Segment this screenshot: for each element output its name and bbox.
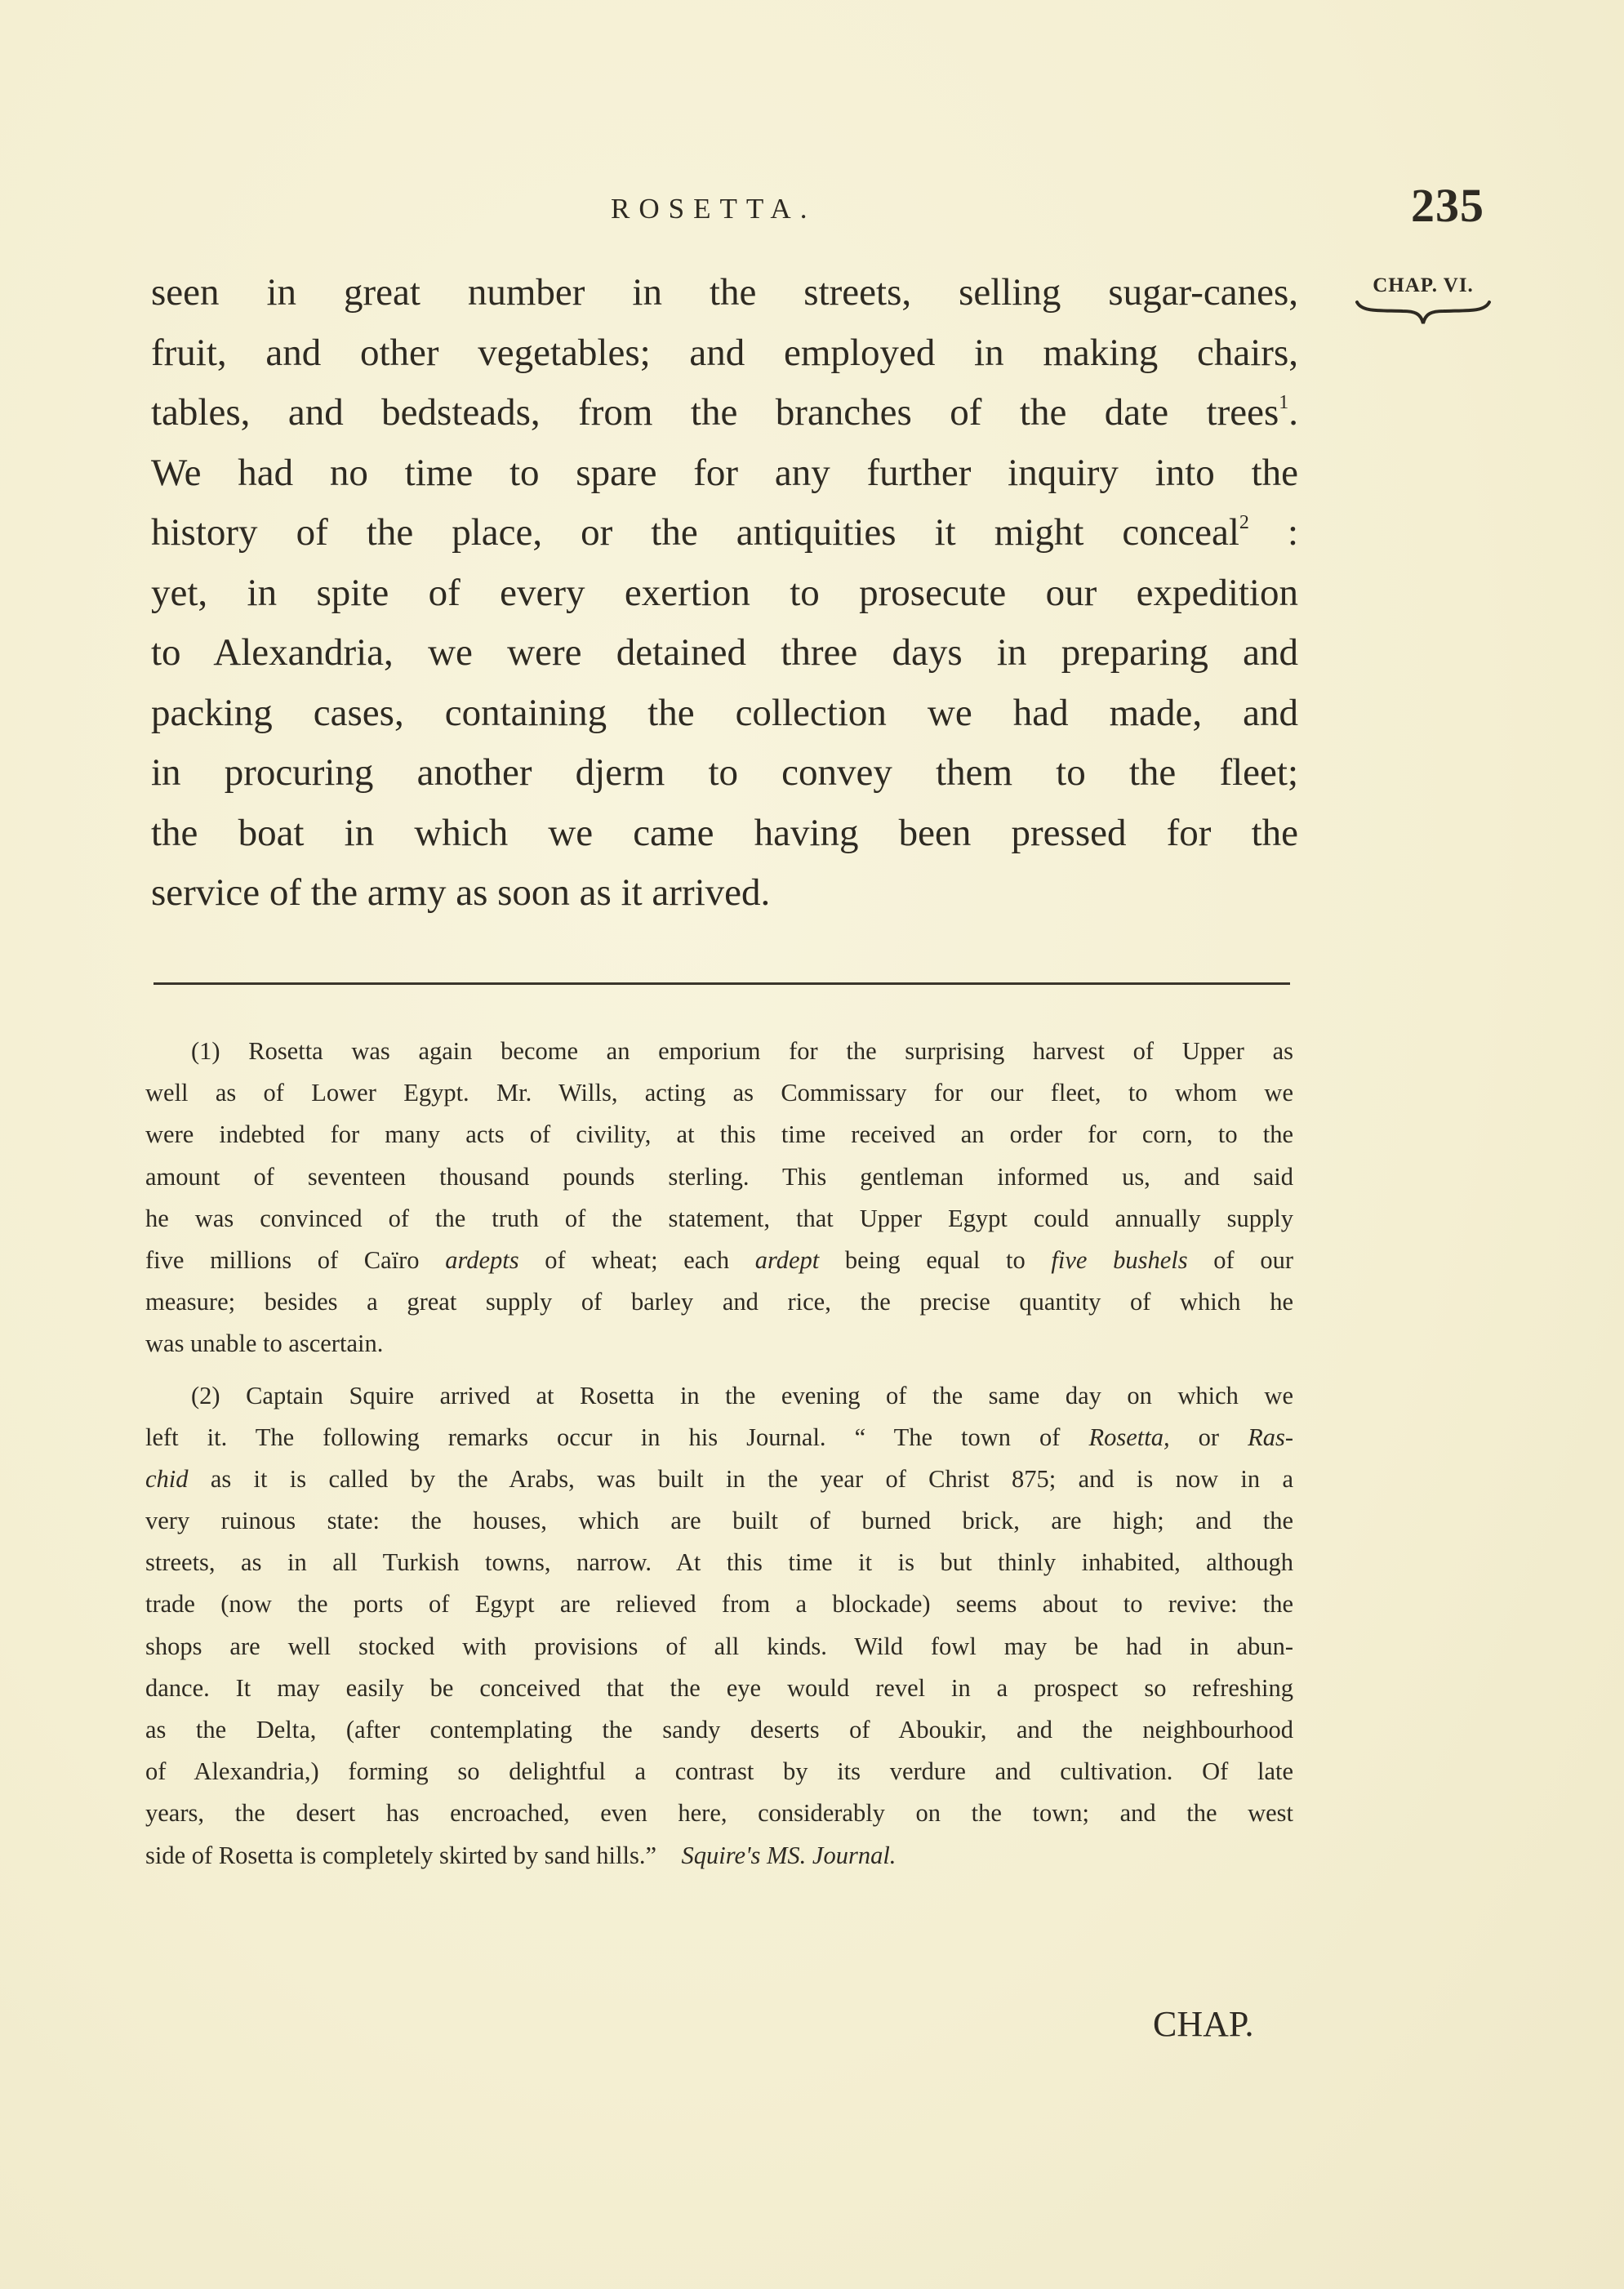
running-title: ROSETTA. xyxy=(611,193,816,225)
body-line: the boat in which we came having been pr… xyxy=(151,804,1298,864)
body-line: seen in great number in the streets, sel… xyxy=(151,263,1298,323)
body-line: tables, and bedsteads, from the branches… xyxy=(151,383,1298,443)
footnote-line: chid as it is called by the Arabs, was b… xyxy=(145,1458,1293,1500)
footnote-line: was unable to ascertain. xyxy=(145,1323,1293,1365)
chapter-margin-note: CHAP. VI. xyxy=(1354,274,1493,327)
footnote-line: (1) Rosetta was again become an emporium… xyxy=(145,1031,1293,1072)
footnote-line: dance. It may easily be conceived that t… xyxy=(145,1668,1293,1709)
chapter-label: CHAP. VI. xyxy=(1354,274,1493,297)
footnote-line: well as of Lower Egypt. Mr. Wills, actin… xyxy=(145,1072,1293,1114)
body-line: We had no time to spare for any further … xyxy=(151,443,1298,504)
footnote-line: amount of seventeen thousand pounds ster… xyxy=(145,1156,1293,1198)
footnote-line: were indebted for many acts of civility,… xyxy=(145,1114,1293,1156)
footnote-line: (2) Captain Squire arrived at Rosetta in… xyxy=(145,1375,1293,1417)
citation: Squire's MS. Journal. xyxy=(682,1841,897,1869)
footnote-line: measure; besides a great supply of barle… xyxy=(145,1281,1293,1323)
footnote-line: shops are well stocked with provisions o… xyxy=(145,1626,1293,1668)
footnote-line: left it. The following remarks occur in … xyxy=(145,1417,1293,1458)
footnote-line: he was convinced of the truth of the sta… xyxy=(145,1198,1293,1240)
body-line: to Alexandria, we were detained three da… xyxy=(151,623,1298,684)
body-line: yet, in spite of every exertion to prose… xyxy=(151,563,1298,624)
footnote-line: side of Rosetta is completely skirted by… xyxy=(145,1835,1293,1877)
footnote-ref-1[interactable]: 1 xyxy=(1279,392,1288,413)
footnote-line: of Alexandria,) forming so delightful a … xyxy=(145,1751,1293,1792)
footnote-line: very ruinous state: the houses, which ar… xyxy=(145,1500,1293,1542)
body-line: fruit, and other vegetables; and employe… xyxy=(151,323,1298,384)
body-line: service of the army as soon as it arrive… xyxy=(151,863,1298,924)
footnote-line: trade (now the ports of Egypt are reliev… xyxy=(145,1583,1293,1625)
footnote-1: (1) Rosetta was again become an emporium… xyxy=(145,1031,1293,1365)
footnote-line: five millions of Caïro ardepts of wheat;… xyxy=(145,1240,1293,1281)
body-text: seen in great number in the streets, sel… xyxy=(151,263,1298,924)
footnote-line: streets, as in all Turkish towns, narrow… xyxy=(145,1542,1293,1583)
brace-icon xyxy=(1354,299,1493,327)
catchword: CHAP. xyxy=(1153,2003,1254,2045)
footnote-divider xyxy=(154,982,1290,985)
footnotes: (1) Rosetta was again become an emporium… xyxy=(145,1031,1293,1877)
body-line: packing cases, containing the collection… xyxy=(151,684,1298,744)
footnote-ref-2[interactable]: 2 xyxy=(1239,512,1249,533)
body-line: history of the place, or the antiquities… xyxy=(151,503,1298,563)
page-number: 235 xyxy=(1411,178,1484,233)
footnote-line: as the Delta, (after contemplating the s… xyxy=(145,1709,1293,1751)
footnote-2: (2) Captain Squire arrived at Rosetta in… xyxy=(145,1375,1293,1877)
body-line: in procuring another djerm to convey the… xyxy=(151,743,1298,804)
footnote-line: years, the desert has encroached, even h… xyxy=(145,1792,1293,1834)
